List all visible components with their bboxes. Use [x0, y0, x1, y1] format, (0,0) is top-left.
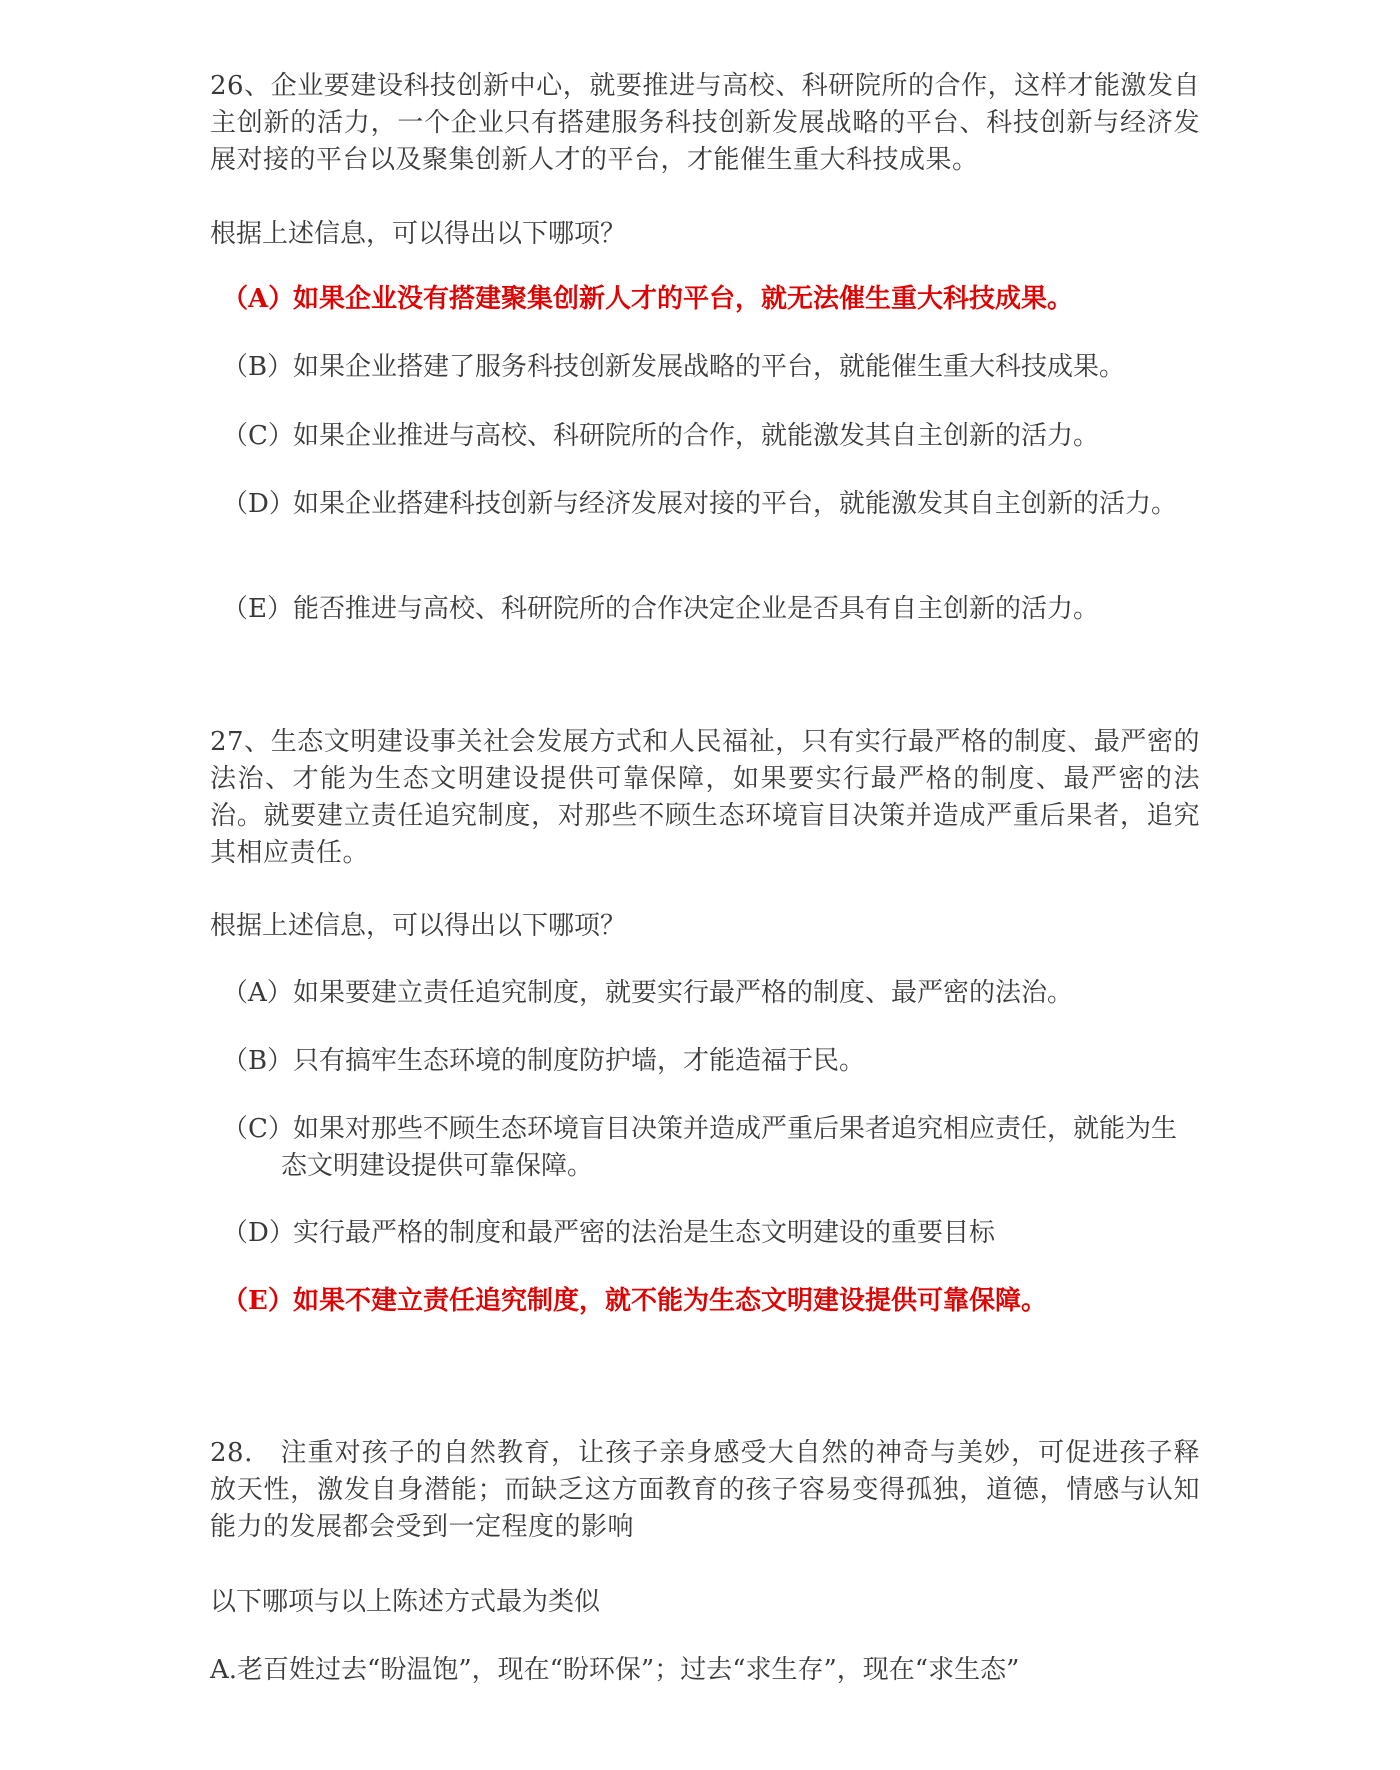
- option-text: 如果对那些不顾生态环境盲目决策并造成严重后果者追究相应责任，就能为生态文明建设提…: [281, 1111, 1200, 1185]
- question-stem: 26、企业要建设科技创新中心，就要推进与高校、科研院所的合作，这样才能激发自主创…: [210, 68, 1200, 179]
- option-label: （D）: [222, 486, 295, 523]
- option-text: 能否推进与高校、科研院所的合作决定企业是否具有自主创新的活力。: [293, 594, 1099, 624]
- option-text: 如果企业推进与高校、科研院所的合作，就能激发其自主创新的活力。: [293, 421, 1099, 451]
- option-text: 如果企业搭建科技创新与经济发展对接的平台，就能激发其自主创新的活力。: [281, 486, 1200, 523]
- option-text: 如果企业搭建了服务科技创新发展战略的平台，就能催生重大科技成果。: [293, 352, 1125, 382]
- option-26-d: （D） 如果企业搭建科技创新与经济发展对接的平台，就能激发其自主创新的活力。: [210, 486, 1200, 523]
- option-label: （B）: [222, 1043, 293, 1080]
- option-correct: （E） 如果不建立责任追究制度，就不能为生态文明建设提供可靠保障。: [210, 1283, 1200, 1320]
- option-26-c: （C） 如果企业推进与高校、科研院所的合作，就能激发其自主创新的活力。: [210, 418, 1200, 455]
- option: （A） 如果要建立责任追究制度，就要实行最严格的制度、最严密的法治。: [210, 975, 1200, 1012]
- question-prompt: 以下哪项与以上陈述方式最为类似: [210, 1584, 1200, 1621]
- option-label: （A）: [222, 281, 294, 318]
- question-28-prompt: 以下哪项与以上陈述方式最为类似: [210, 1584, 1200, 1621]
- option-text: 老百姓过去“盼温饱”，现在“盼环保”；过去“求生存”，现在“求生态”: [237, 1655, 1019, 1685]
- option-27-e: （E） 如果不建立责任追究制度，就不能为生态文明建设提供可靠保障。: [210, 1283, 1200, 1320]
- option-label: （C）: [222, 1111, 294, 1148]
- question-27: 27、生态文明建设事关社会发展方式和人民福祉，只有实行最严格的制度、最严密的法治…: [210, 724, 1200, 872]
- option-text: 如果企业没有搭建聚集创新人才的平台，就无法催生重大科技成果。: [293, 284, 1073, 314]
- option-text: 只有搞牢生态环境的制度防护墙，才能造福于民。: [293, 1046, 865, 1076]
- option: A.老百姓过去“盼温饱”，现在“盼环保”；过去“求生存”，现在“求生态”: [210, 1652, 1200, 1689]
- option-text: 实行最严格的制度和最严密的法治是生态文明建设的重要目标: [293, 1218, 995, 1248]
- option: （E） 能否推进与高校、科研院所的合作决定企业是否具有自主创新的活力。: [210, 591, 1200, 628]
- question-26-prompt: 根据上述信息，可以得出以下哪项？: [210, 216, 1200, 253]
- option-27-b: （B） 只有搞牢生态环境的制度防护墙，才能造福于民。: [210, 1043, 1200, 1080]
- option-28-a: A.老百姓过去“盼温饱”，现在“盼环保”；过去“求生存”，现在“求生态”: [210, 1652, 1200, 1689]
- option-27-a: （A） 如果要建立责任追究制度，就要实行最严格的制度、最严密的法治。: [210, 975, 1200, 1012]
- option: （D） 如果企业搭建科技创新与经济发展对接的平台，就能激发其自主创新的活力。: [210, 486, 1200, 523]
- option-label: （E）: [222, 1283, 294, 1320]
- question-26: 26、企业要建设科技创新中心，就要推进与高校、科研院所的合作，这样才能激发自主创…: [210, 68, 1200, 179]
- option-label: （D）: [222, 1215, 295, 1252]
- option: （D） 实行最严格的制度和最严密的法治是生态文明建设的重要目标: [210, 1215, 1200, 1252]
- option-correct: （A） 如果企业没有搭建聚集创新人才的平台，就无法催生重大科技成果。: [210, 281, 1200, 318]
- option: （C） 如果对那些不顾生态环境盲目决策并造成严重后果者追究相应责任，就能为生态文…: [210, 1111, 1200, 1185]
- option-label: （C）: [222, 418, 294, 455]
- option-27-c: （C） 如果对那些不顾生态环境盲目决策并造成严重后果者追究相应责任，就能为生态文…: [210, 1111, 1200, 1185]
- option-26-b: （B） 如果企业搭建了服务科技创新发展战略的平台，就能催生重大科技成果。: [210, 349, 1200, 386]
- option-label: （A）: [222, 975, 293, 1012]
- option: （B） 如果企业搭建了服务科技创新发展战略的平台，就能催生重大科技成果。: [210, 349, 1200, 386]
- option-label: （B）: [222, 349, 293, 386]
- option-26-e: （E） 能否推进与高校、科研院所的合作决定企业是否具有自主创新的活力。: [210, 591, 1200, 628]
- question-stem: 28. 注重对孩子的自然教育，让孩子亲身感受大自然的神奇与美妙，可促进孩子释放天…: [210, 1435, 1200, 1546]
- option-text: 如果要建立责任追究制度，就要实行最严格的制度、最严密的法治。: [293, 978, 1073, 1008]
- option: （C） 如果企业推进与高校、科研院所的合作，就能激发其自主创新的活力。: [210, 418, 1200, 455]
- option-label: （E）: [222, 591, 293, 628]
- question-27-prompt: 根据上述信息，可以得出以下哪项？: [210, 908, 1200, 945]
- option-27-d: （D） 实行最严格的制度和最严密的法治是生态文明建设的重要目标: [210, 1215, 1200, 1252]
- question-prompt: 根据上述信息，可以得出以下哪项？: [210, 908, 1200, 945]
- option-label: A.: [210, 1655, 237, 1685]
- question-prompt: 根据上述信息，可以得出以下哪项？: [210, 216, 1200, 253]
- option: （B） 只有搞牢生态环境的制度防护墙，才能造福于民。: [210, 1043, 1200, 1080]
- question-28: 28. 注重对孩子的自然教育，让孩子亲身感受大自然的神奇与美妙，可促进孩子释放天…: [210, 1435, 1200, 1546]
- option-26-a: （A） 如果企业没有搭建聚集创新人才的平台，就无法催生重大科技成果。: [210, 281, 1200, 318]
- option-text: 如果不建立责任追究制度，就不能为生态文明建设提供可靠保障。: [293, 1286, 1047, 1316]
- question-stem: 27、生态文明建设事关社会发展方式和人民福祉，只有实行最严格的制度、最严密的法治…: [210, 724, 1200, 872]
